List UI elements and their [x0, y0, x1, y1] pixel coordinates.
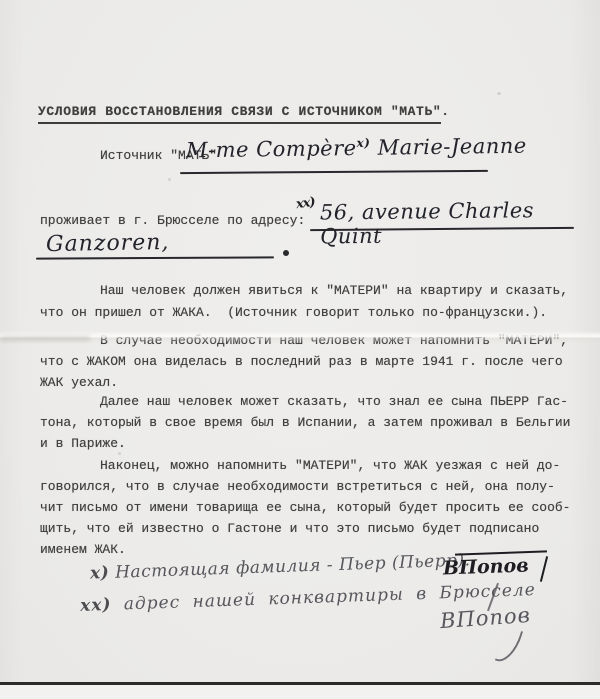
scan-below-edge: [0, 685, 600, 699]
document-title: УСЛОВИЯ ВОССТАНОВЛЕНИЯ СВЯЗИ С ИСТОЧНИКО…: [38, 104, 450, 119]
paper-speck: [118, 452, 121, 455]
body-line: тона, который в свое время был в Испании…: [40, 412, 582, 433]
body-line: В случае необходимости наш человек может…: [40, 330, 582, 351]
body-line: чит письмо от имени товарища ее сына, ко…: [40, 497, 582, 518]
address-label: проживает в г. Брюсселе по адресу:: [40, 213, 305, 228]
body-line: Наконец, можно напомнить "МАТЕРИ", что Ж…: [40, 455, 582, 476]
footnote-mark-xx: хх): [295, 195, 316, 212]
body-line: Далее наш человек может сказать, что зна…: [40, 391, 582, 412]
body-line: говорился, что в случае необходимости вс…: [40, 476, 582, 497]
footnote-1-mark: х): [90, 563, 110, 584]
source-name-part2: Marie-Jeanne: [377, 134, 526, 160]
footnote-mark-x: х): [356, 136, 370, 150]
body-paragraph-2: В случае необходимости наш человек может…: [40, 330, 582, 393]
source-name-handwritten: M-me Compèreх) Marie-Jeanne: [186, 134, 527, 163]
body-paragraph-4: Наконец, можно напомнить "МАТЕРИ", что Ж…: [40, 455, 582, 560]
document-title-period: .: [441, 104, 449, 119]
footnote-1-signature: ВПопов: [443, 555, 529, 580]
signature-tail-stroke: [540, 556, 548, 582]
address-value-line2: Ganzoren,: [46, 230, 170, 257]
body-line: щить, что ей известно о Гастоне и что эт…: [40, 518, 582, 539]
document-title-text: УСЛОВИЯ ВОССТАНОВЛЕНИЯ СВЯЗИ С ИСТОЧНИКО…: [38, 104, 441, 124]
source-name-part1: M-me Compère: [186, 136, 357, 162]
body-line: Наш человек должен явиться к "МАТЕРИ" на…: [40, 280, 582, 301]
address-value-line1: 56, avenue Charles Quint: [320, 198, 600, 249]
paper-crease-smudge: [0, 336, 90, 341]
paper-speck: [168, 178, 171, 181]
source-name-underline: [180, 170, 488, 174]
body-line: и в Париже.: [40, 433, 582, 454]
body-paragraph-1: Наш человек должен явиться к "МАТЕРИ" на…: [40, 280, 582, 324]
bottom-signature: ВПопов: [439, 603, 531, 633]
body-paragraph-3: Далее наш человек может сказать, что зна…: [40, 391, 582, 454]
body-line: что с ЖАКОМ она виделась в последний раз…: [40, 351, 582, 372]
signature-loop-flourish: [495, 626, 523, 666]
body-line: что он пришел от ЖАКА. (Источник говорит…: [40, 301, 582, 324]
body-line: ЖАК уехал.: [40, 372, 582, 393]
address-line2-underline: [36, 256, 274, 259]
paper-speck: [497, 92, 501, 95]
footnote-2-mark: хх): [80, 595, 112, 616]
scanned-document-page: УСЛОВИЯ ВОССТАНОВЛЕНИЯ СВЯЗИ С ИСТОЧНИКО…: [0, 0, 600, 699]
period-dot: [283, 250, 289, 256]
